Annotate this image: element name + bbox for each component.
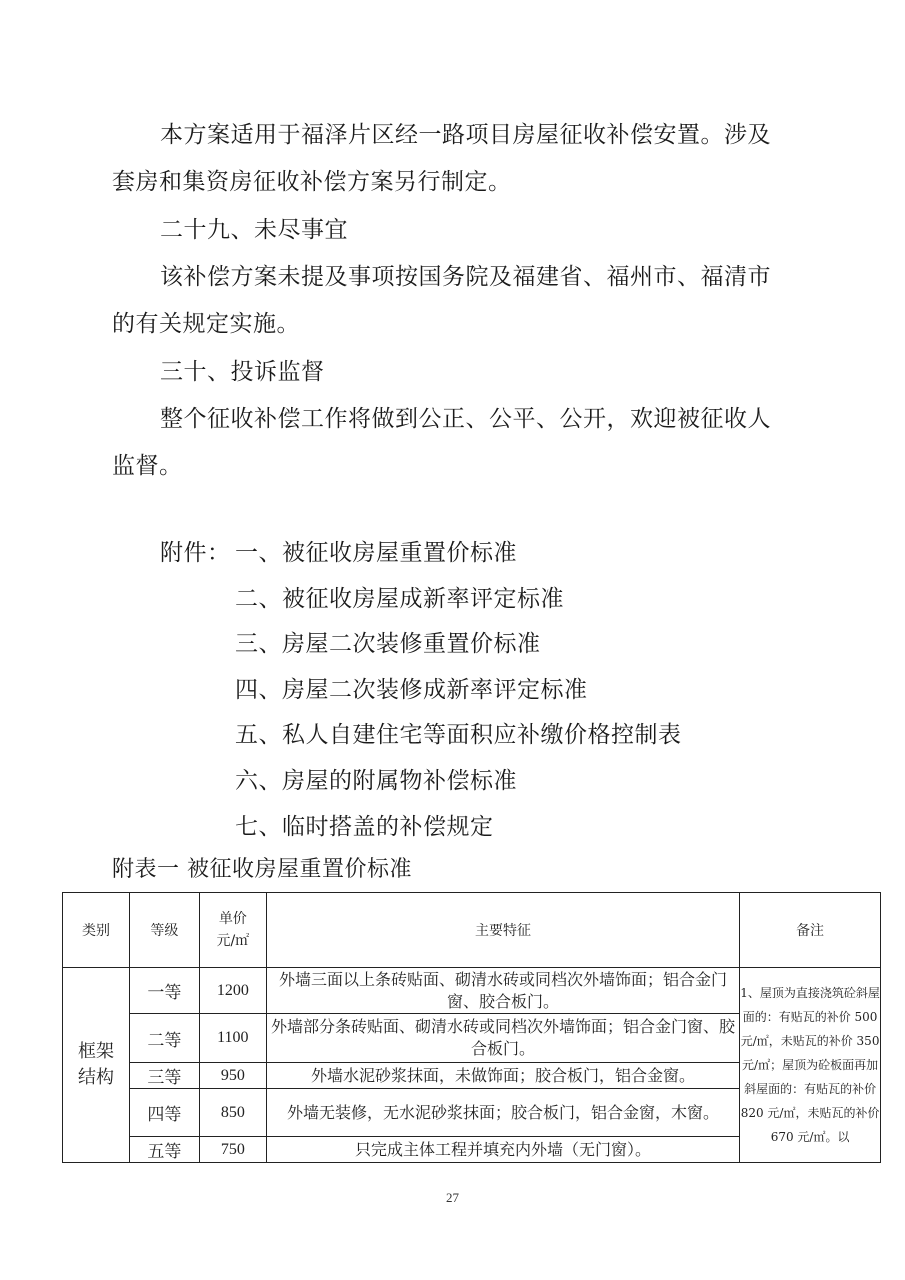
section-heading-30: 三十、投诉监督 [160,357,325,387]
header-features: 主要特征 [266,893,739,968]
paragraph-29-line1: 该补偿方案未提及事项按国务院及福建省、福州市、福清市 [160,262,771,292]
grade-cell: 四等 [129,1089,199,1137]
header-category: 类别 [63,893,130,968]
header-unit-price: 单价 元/㎡ [199,893,266,968]
price-cell: 750 [199,1137,266,1163]
remarks-cell: 1、屋顶为直接浇筑砼斜屋面的：有贴瓦的补价 500 元/㎡，未贴瓦的补价 350… [740,968,881,1163]
price-cell: 1100 [199,1014,266,1063]
price-cell: 950 [199,1063,266,1089]
attachment-item: 五、私人自建住宅等面积应补缴价格控制表 [235,720,682,750]
category-line1: 框架 [78,1041,114,1062]
attachment-item: 一、被征收房屋重置价标准 [235,538,517,568]
header-grade: 等级 [129,893,199,968]
paragraph-scope-line1: 本方案适用于福泽片区经一路项目房屋征收补偿安置。涉及 [160,120,771,150]
table-title: 附表一 被征收房屋重置价标准 [112,855,412,885]
attachment-item: 六、房屋的附属物补偿标准 [235,766,517,796]
attachment-item: 七、临时搭盖的补偿规定 [235,812,494,842]
paragraph-29-line2: 的有关规定实施。 [112,309,300,339]
paragraph-scope-line2: 套房和集资房征收补偿方案另行制定。 [112,167,512,197]
features-cell: 外墙水泥砂浆抹面，未做饰面；胶合板门，铝合金窗。 [266,1063,739,1089]
section-heading-29: 二十九、未尽事宜 [160,215,348,245]
page-number: 27 [0,1190,905,1206]
grade-cell: 五等 [129,1137,199,1163]
attachment-item: 四、房屋二次装修成新率评定标准 [235,675,588,705]
grade-cell: 二等 [129,1014,199,1063]
attachment-item: 二、被征收房屋成新率评定标准 [235,584,564,614]
paragraph-30-line1: 整个征收补偿工作将做到公正、公平、公开，欢迎被征收人 [160,404,771,434]
features-cell: 只完成主体工程并填充内外墙（无门窗）。 [266,1137,739,1163]
table-row: 框架 结构 一等 1200 外墙三面以上条砖贴面、砌清水砖或同档次外墙饰面；铝合… [63,968,881,1014]
price-cell: 850 [199,1089,266,1137]
category-line2: 结构 [78,1067,114,1088]
attachment-item: 三、房屋二次装修重置价标准 [235,629,541,659]
category-cell: 框架 结构 [63,968,130,1163]
features-cell: 外墙三面以上条砖贴面、砌清水砖或同档次外墙饰面；铝合金门窗、胶合板门。 [266,968,739,1014]
grade-cell: 三等 [129,1063,199,1089]
paragraph-30-line2: 监督。 [112,451,183,481]
features-cell: 外墙无装修，无水泥砂浆抹面；胶合板门，铝合金窗，木窗。 [266,1089,739,1137]
features-cell: 外墙部分条砖贴面、砌清水砖或同档次外墙饰面；铝合金门窗、胶合板门。 [266,1014,739,1063]
price-cell: 1200 [199,968,266,1014]
header-remarks: 备注 [740,893,881,968]
attachments-label: 附件： [160,538,231,568]
header-unit-price-line1: 单价 [219,911,247,927]
table-header-row: 类别 等级 单价 元/㎡ 主要特征 备注 [63,893,881,968]
replacement-price-table: 类别 等级 单价 元/㎡ 主要特征 备注 框架 结构 一等 1200 外墙三面以… [62,892,881,1163]
header-unit-price-line2: 元/㎡ [216,933,249,949]
grade-cell: 一等 [129,968,199,1014]
